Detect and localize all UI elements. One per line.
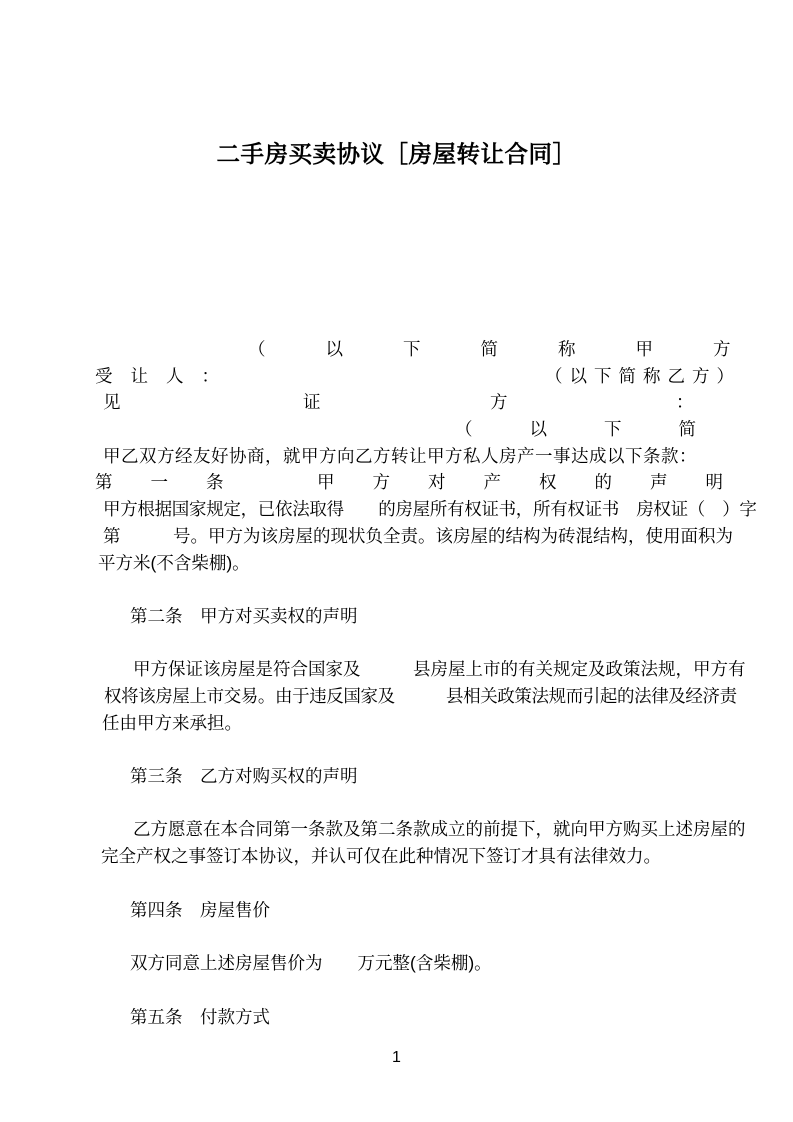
text-line-segment: 甲方根据国家规定，已依法取得 的房屋所有权证书，所有权证书 房权证（ ）字 — [103, 496, 757, 523]
document-title: 二手房买卖协议［房屋转让合同］ — [0, 138, 793, 170]
text-line-segment: 第五条 付款方式 — [130, 1004, 270, 1031]
text-line-segment: （以下简称甲方 — [248, 336, 791, 363]
text-line-segment: 任由甲方来承担。 — [102, 710, 242, 737]
text-line-segment: 第四条 房屋售价 — [130, 897, 270, 924]
text-line-segment: 受让人： — [95, 363, 237, 390]
page-number: 1 — [0, 1046, 793, 1070]
text-line-segment: 第二条 甲方对买卖权的声明 — [130, 603, 358, 630]
text-line-segment: 见 — [103, 389, 121, 416]
text-line-segment: 完全产权之事签订本协议，并认可仅在此种情况下签订才具有法律效力。 — [101, 843, 661, 870]
document-page: 二手房买卖协议［房屋转让合同］ （以下简称甲方受让人：（以下简称乙方）见证方：（… — [0, 0, 793, 1122]
text-line-segment: 平方米(不含柴棚)。 — [98, 550, 250, 577]
text-line-segment: （以下简 — [455, 416, 753, 443]
text-line-segment: 方 — [490, 389, 508, 416]
text-line-segment: ： — [676, 389, 694, 416]
text-line-segment: 第 号。甲方为该房屋的现状负全责。该房屋的结构为砖混结构，使用面积为 — [103, 523, 733, 550]
text-line-segment: 第一条 甲方对产权的声明 — [95, 469, 761, 496]
text-line-segment: 证 — [303, 389, 321, 416]
text-line-segment: 第三条 乙方对购买权的声明 — [130, 763, 358, 790]
text-line-segment: 甲方保证该房屋是符合国家及 县房屋上市的有关规定及政策法规，甲方有 — [133, 656, 746, 683]
text-line-segment: 乙方愿意在本合同第一条款及第二条款成立的前提下，就向甲方购买上述房屋的 — [133, 816, 746, 843]
text-line-segment: 权将该房屋上市交易。由于违反国家及 县相关政策法规而引起的法律及经济责 — [104, 683, 737, 710]
text-line-segment: 双方同意上述房屋售价为 万元整(含柴棚)。 — [130, 950, 492, 977]
text-line-segment: 甲乙双方经友好协商，就甲方向乙方转让甲方私人房产一事达成以下条款： — [103, 443, 697, 470]
text-line-segment: （以下简称乙方） — [545, 363, 741, 390]
